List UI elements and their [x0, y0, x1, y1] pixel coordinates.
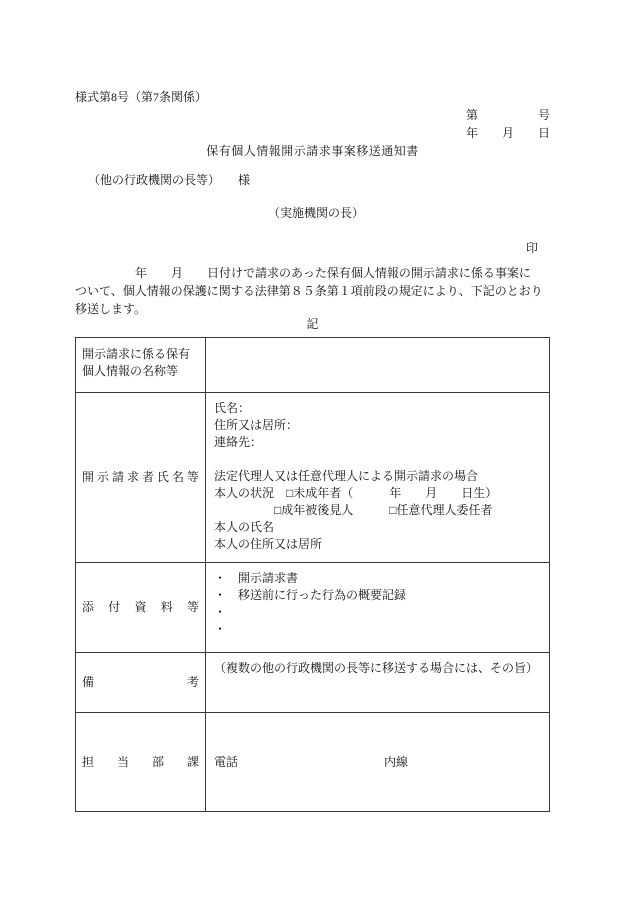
- table-row-remarks: 備考 （複数の他の行政機関の長等に移送する場合には、その旨）: [76, 653, 550, 713]
- row-label-text: 開示請求者氏名等: [82, 469, 199, 486]
- row-content-attached-documents: ・ 開示請求書 ・ 移送前に行った行為の概要記録 ・ ・: [206, 563, 550, 653]
- row-label-text: 開示請求に係る保有個人情報の名称等: [82, 346, 199, 380]
- doc-number-date-block: 第 号 年 月 日: [75, 106, 550, 142]
- extension-label: 内線: [384, 755, 408, 769]
- row-label-information-name: 開示請求に係る保有個人情報の名称等: [76, 338, 206, 393]
- table-row-requester-name: 開示請求者氏名等 氏名： 住所又は居所： 連絡先： 法定代理人又は任意代理人によ…: [76, 393, 550, 563]
- form-number: 様式第8号（第7条関係）: [75, 88, 550, 106]
- row-content-requester-name: 氏名： 住所又は居所： 連絡先： 法定代理人又は任意代理人による開示請求の場合 …: [206, 393, 550, 563]
- phone-label: 電話: [214, 755, 238, 769]
- doc-date-line: 年 月 日: [75, 124, 550, 142]
- row-content-information-name: [206, 338, 550, 393]
- form-table: 開示請求に係る保有個人情報の名称等 開示請求者氏名等 氏名： 住所又は居所： 連…: [75, 337, 550, 812]
- body-paragraph: 年 月 日付けで請求のあった保有個人情報の開示請求に係る事案に ついて、個人情報…: [75, 264, 550, 318]
- row-content-remarks: （複数の他の行政機関の長等に移送する場合には、その旨）: [206, 653, 550, 713]
- doc-number-line: 第 号: [75, 106, 550, 124]
- phone-extension-line: 電話内線: [214, 754, 543, 771]
- table-row-attached-documents: 添付資料等 ・ 開示請求書 ・ 移送前に行った行為の概要記録 ・ ・: [76, 563, 550, 653]
- row-label-attached-documents: 添付資料等: [76, 563, 206, 653]
- record-mark: 記: [75, 315, 550, 333]
- seal-mark: 印: [75, 239, 550, 257]
- addressee-line: （他の行政機関の長等） 様: [75, 171, 550, 189]
- sender-line: （実施機関の長）: [75, 204, 550, 222]
- row-label-remarks: 備考: [76, 653, 206, 713]
- row-label-text: 備考: [82, 674, 199, 691]
- document-title: 保有個人情報開示請求事案移送通知書: [75, 142, 550, 160]
- row-label-requester-name: 開示請求者氏名等: [76, 393, 206, 563]
- row-content-department: 電話内線: [206, 713, 550, 812]
- document-page: 様式第8号（第7条関係） 第 号 年 月 日 保有個人情報開示請求事案移送通知書…: [0, 0, 630, 903]
- row-label-text: 担当部課: [82, 754, 199, 771]
- row-label-text: 添付資料等: [82, 599, 199, 616]
- table-row-information-name: 開示請求に係る保有個人情報の名称等: [76, 338, 550, 393]
- row-label-department: 担当部課: [76, 713, 206, 812]
- table-row-department: 担当部課 電話内線: [76, 713, 550, 812]
